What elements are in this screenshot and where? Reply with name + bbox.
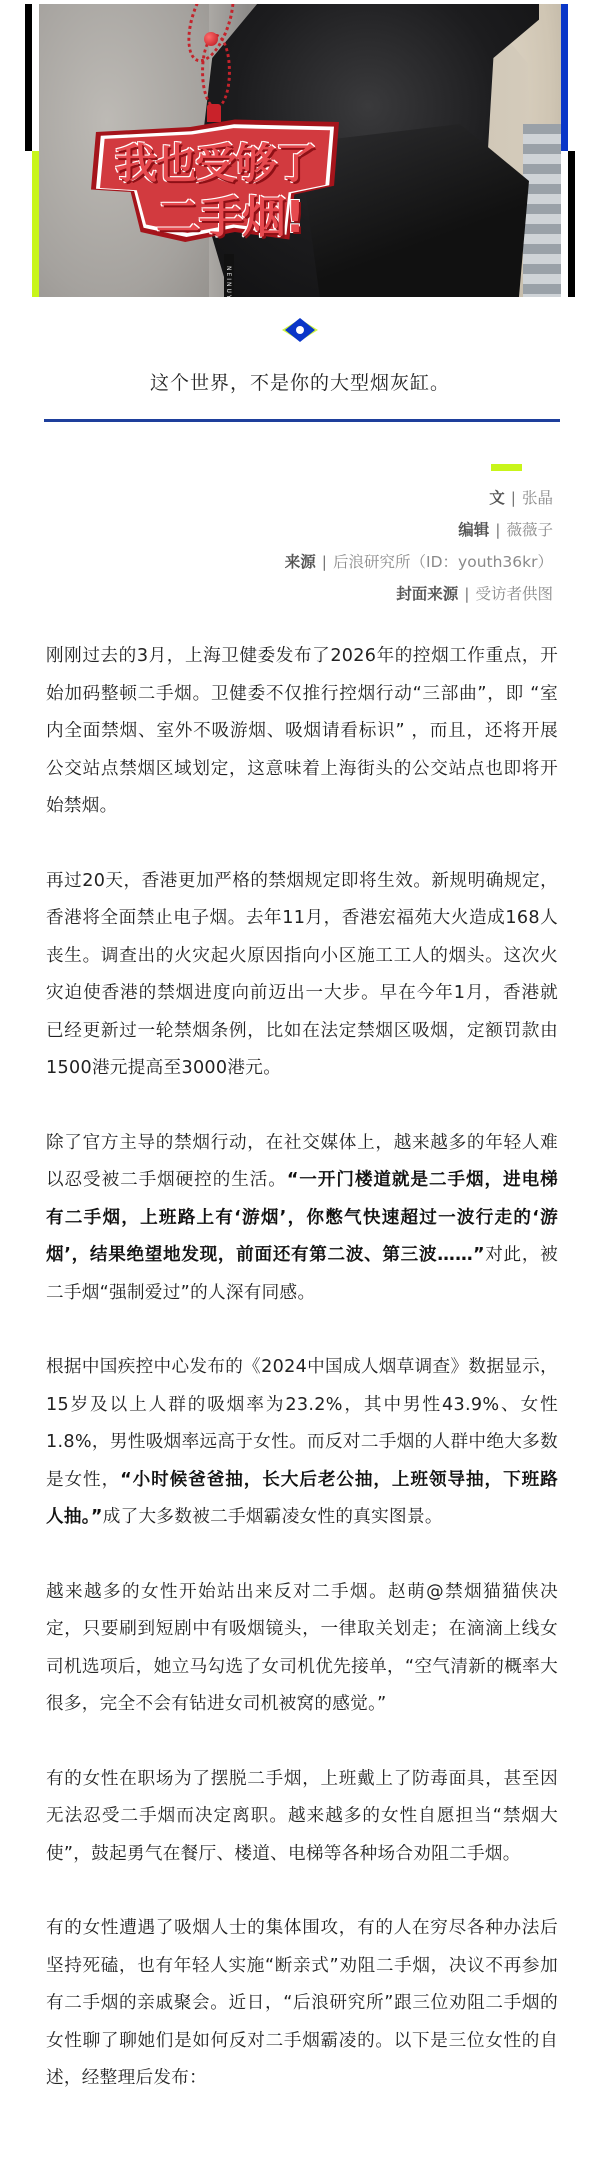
strap-label: NEINUY	[225, 266, 232, 297]
credit-value: 薇薇子	[506, 521, 553, 539]
credit-value: 后浪研究所（ID：youth36kr）	[333, 553, 553, 571]
credits-block: 文|张晶 编辑|薇薇子 来源|后浪研究所（ID：youth36kr） 封面来源|…	[285, 482, 553, 610]
credit-label: 封面来源	[396, 585, 458, 603]
frame-bar-left-bottom	[32, 151, 39, 297]
section-divider	[44, 419, 560, 422]
paragraph-7: 有的女性遭遇了吸烟人士的集体围攻，有的人在穷尽各种办法后坚持死磕，也有年轻人实施…	[46, 1910, 558, 2098]
text-segment: 越来越多的女性开始站出来反对二手烟。赵萌@禁烟猫猫侠决定，只要刷到短剧中有吸烟镜…	[46, 1582, 558, 1715]
frame-bar-left-top	[25, 4, 32, 151]
article-body: 刚刚过去的3月，上海卫健委发布了2026年的控烟工作重点，开始加码整顿二手烟。卫…	[46, 638, 558, 2135]
text-segment: 有的女性在职场为了摆脱二手烟，上班戴上了防毒面具，甚至因无法忍受二手烟而决定离职…	[46, 1769, 558, 1864]
credit-separator: |	[458, 585, 475, 603]
accent-bar	[491, 464, 522, 471]
credit-editor: 编辑|薇薇子	[285, 514, 553, 546]
paragraph-6: 有的女性在职场为了摆脱二手烟，上班戴上了防毒面具，甚至因无法忍受二手烟而决定离职…	[46, 1761, 558, 1874]
credit-label: 来源	[285, 553, 316, 571]
credit-label: 文	[489, 489, 505, 507]
credit-author: 文|张晶	[285, 482, 553, 514]
bead-chain-loop	[201, 34, 231, 109]
text-segment: 再过20天，香港更加严格的禁烟规定即将生效。新规明确规定，香港将全面禁止电子烟。…	[46, 871, 558, 1079]
paragraph-3: 除了官方主导的禁烟行动，在社交媒体上，越来越多的年轻人难以忍受被二手烟硬控的生活…	[46, 1125, 558, 1313]
text-segment: 成了大多数被二手烟霸凌女性的真实图景。	[103, 1507, 443, 1527]
credit-separator: |	[489, 521, 506, 539]
credit-source: 来源|后浪研究所（ID：youth36kr）	[285, 546, 553, 578]
paragraph-5: 越来越多的女性开始站出来反对二手烟。赵萌@禁烟猫猫侠决定，只要刷到短剧中有吸烟镜…	[46, 1574, 558, 1724]
credit-value: 受访者供图	[475, 585, 553, 603]
frame-bar-right-top	[561, 4, 568, 151]
credit-label: 编辑	[458, 521, 489, 539]
paragraph-2: 再过20天，香港更加严格的禁烟规定即将生效。新规明确规定，香港将全面禁止电子烟。…	[46, 863, 558, 1088]
credit-value: 张晶	[522, 489, 553, 507]
tagline: 这个世界，不是你的大型烟灰缸。	[0, 368, 600, 395]
diamond-eye-icon	[282, 318, 318, 342]
protest-badge: 我也受够了 二手烟!	[91, 117, 339, 242]
text-segment: 刚刚过去的3月，上海卫健委发布了2026年的控烟工作重点，开始加码整顿二手烟。卫…	[46, 646, 558, 816]
text-segment: 有的女性遭遇了吸烟人士的集体围攻，有的人在穷尽各种办法后坚持死磕，也有年轻人实施…	[46, 1918, 558, 2088]
credit-separator: |	[505, 489, 522, 507]
striped-background	[523, 124, 561, 297]
badge-text-line2: 二手烟!	[91, 181, 339, 245]
cover-image-block: 我也受够了 二手烟! NEINUY	[0, 0, 600, 300]
cover-photo: 我也受够了 二手烟! NEINUY	[39, 4, 561, 297]
credit-cover-source: 封面来源|受访者供图	[285, 578, 553, 610]
red-bead	[204, 32, 218, 46]
paragraph-4: 根据中国疾控中心发布的《2024中国成人烟草调查》数据显示，15岁及以上人群的吸…	[46, 1349, 558, 1537]
credit-separator: |	[316, 553, 333, 571]
frame-bar-right-bottom	[568, 151, 575, 297]
paragraph-1: 刚刚过去的3月，上海卫健委发布了2026年的控烟工作重点，开始加码整顿二手烟。卫…	[46, 638, 558, 826]
